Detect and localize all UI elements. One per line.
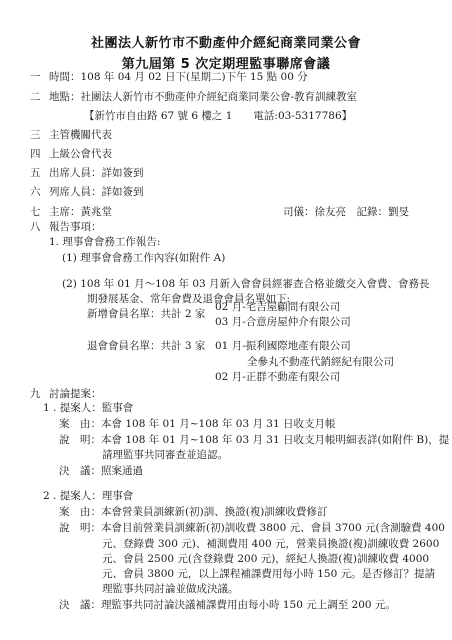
emcee-recorder: 司儀：徐友亮 記錄：劉旻 [283,206,409,219]
proposal-1-proposer: 1 . 提案人：監事會 [43,402,133,415]
meeting-time: 時間：108 年 04 月 02 日下(星期二)下午 15 點 00 分 [49,71,308,84]
proposal-2-desc-cont: 元、登錄費 300 元)、補測費用 400 元，營業員換證(複)訓練收費 260… [102,538,439,551]
proposal-1-resolution: 決 議：照案通過 [59,465,143,478]
chairman: 主席：黃兆堂 [49,206,112,219]
new-member-item: 03 月-合意房屋仲介有限公司 [215,316,351,329]
section-number: 八 [30,221,41,234]
quit-member-item: 全參丸不動產代銷經紀有限公司 [247,356,394,369]
document-page: 社團法人新竹市不動產仲介經紀商業同業公會 第九屆第 5 次定期理監事聯席會議 一… [0,0,452,640]
section-number: 一 [30,71,41,84]
proposal-2-desc-cont: 元、會員 3800 元，以上課程補課費用每小時 150 元。是否修訂？提請 [102,568,435,581]
proposal-2-resolution: 決 議：理監事共同討論決議補課費用由每小時 150 元上調至 200 元。 [59,599,396,612]
report-sub-2: (2) 108 年 01 月～108 年 03 月新入會會員經審查合格並繳交入會… [62,278,430,291]
section-number: 五 [30,167,41,180]
upper-union-rep: 上級公會代表 [49,148,112,161]
section-number: 七 [30,206,41,219]
section-number: 二 [30,91,41,104]
authority-rep: 主管機關代表 [49,129,112,142]
proposal-1-desc-cont: 請理監事共同審查並追認。 [102,449,228,462]
proposal-2-desc: 說 明：本會目前營業員訓練新(初)訓收費 3800 元、會員 3700 元(含測… [59,522,445,535]
quit-member-item: 01 月-振利國際地產有限公司 [215,340,351,353]
proposal-2-proposer: 2 . 提案人：理事會 [43,490,133,503]
quit-members-label: 退會會員名單：共計 3 家 [87,340,205,353]
section-number: 九 [30,388,41,401]
section-number: 四 [30,148,41,161]
section-number: 三 [30,129,41,142]
org-title: 社團法人新竹市不動產仲介經紀商業同業公會 [0,32,452,51]
report-item-1: 1. 理事會會務工作報告: [49,236,160,249]
proposal-2-reason: 案 由：本會營業員訓練新(初)訓、換證(複)訓練收費修訂 [59,506,327,519]
attendees: 出席人員：詳如簽到 [49,167,144,180]
proposal-1-desc: 說 明：本會 108 年 01 月~108 年 03 月 31 日收支月帳明細表… [59,434,449,447]
proposal-1-reason: 案 由：本會 108 年 01 月~108 年 03 月 31 日收支月帳 [59,418,336,431]
discussion-heading: 討論提案： [49,388,102,401]
meeting-title: 第九屆第 5 次定期理監事聯席會議 [0,53,452,72]
new-member-item: 02 月-宅吉屋顧問有限公司 [215,301,340,314]
section-number: 六 [30,186,41,199]
meeting-location: 地點：社團法人新竹市不動產仲介經紀商業同業公會-教育訓練教室 [49,91,357,104]
proposal-2-desc-cont: 元、會員 2500 元(含登錄費 200 元)，經紀人換證(複)訓練收費 400… [102,553,429,566]
report-heading: 報告事項： [49,221,102,234]
report-sub-1: (1) 理事會會務工作內容(如附件 A) [62,252,225,265]
new-members-label: 新增會員名單：共計 2 家 [87,308,205,321]
meeting-address: 【新竹市自由路 67 號 6 樓之 1 電話:03-5317786】 [84,110,352,123]
observers: 列席人員：詳如簽到 [49,186,144,199]
quit-member-item: 02 月-正群不動產有限公司 [215,371,340,384]
proposal-2-desc-cont: 理監事共同討論並做成決議。 [102,583,239,596]
